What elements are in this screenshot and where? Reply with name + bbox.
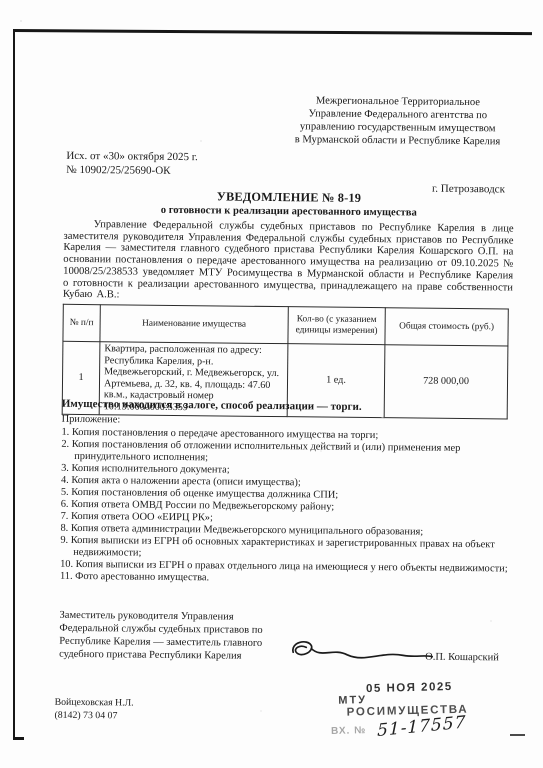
document-content: Межрегиональное Территориальное Управлен… <box>0 0 543 768</box>
executor-phone: (8142) 73 04 07 <box>54 709 133 722</box>
signatory-name: О.П. Кошарский <box>425 652 499 664</box>
document-title: УВЕДОМЛЕНИЕ № 8-19 о готовности к реализ… <box>64 188 514 220</box>
table-header-row: № п/п Наименование имущества Кол-во (с у… <box>63 304 508 346</box>
executor-contact: Войцеховская Н.Л. (8142) 73 04 07 <box>54 697 133 723</box>
signature-position-line: судебного пристава Республики Карелия <box>59 649 262 664</box>
outgoing-number: № 10902/25/25690-ОК <box>66 163 198 178</box>
column-header-cost: Общая стоимость (руб.) <box>385 308 508 346</box>
scanned-page: Межрегиональное Территориальное Управлен… <box>0 0 543 768</box>
outgoing-reference: Исх. от «30» октября 2025 г. № 10902/25/… <box>66 149 198 178</box>
stamp-incoming-line: ВХ. № 51-17557 <box>331 716 469 739</box>
executor-name: Войцеховская Н.Л. <box>55 697 134 710</box>
column-header-num: № п/п <box>63 304 100 341</box>
column-header-name: Наименование имущества <box>100 305 288 344</box>
handwritten-signature <box>285 634 435 675</box>
column-header-qty: Кол-во (с указанием единицы измерения) <box>288 307 385 345</box>
stamp-incoming-label: ВХ. № <box>331 725 366 737</box>
letterhead-line: в Мурманской области и Республике Карели… <box>279 133 515 148</box>
body-paragraph: Управление Федеральной службы судебных п… <box>63 219 514 306</box>
outgoing-date: Исх. от «30» октября 2025 г. <box>66 149 198 164</box>
signature-stroke <box>285 634 435 670</box>
appendix-section: Приложение: 1. Копия постановления о пер… <box>60 414 520 588</box>
letterhead-recipient: Межрегиональное Территориальное Управлен… <box>279 94 516 148</box>
signature-position-block: Заместитель руководителя Управления Феде… <box>59 610 263 664</box>
appendix-list: 1. Копия постановления о передаче аресто… <box>60 427 520 588</box>
incoming-stamp: 05 НОЯ 2025 МТУ РОСИМУЩЕСТВА ВХ. № 51-17… <box>326 681 469 739</box>
